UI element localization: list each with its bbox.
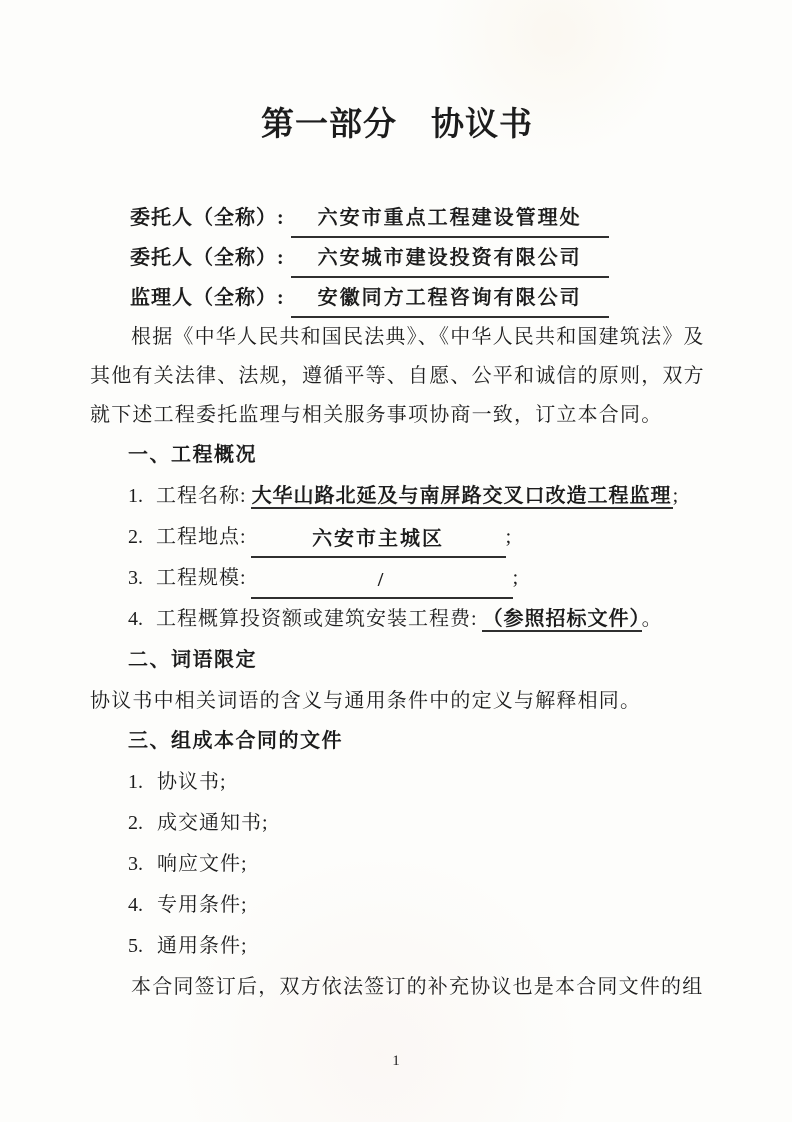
document-list-item: 5.通用条件; xyxy=(90,926,704,967)
section-heading-overview: 一、工程概况 xyxy=(90,435,704,476)
item-suffix: ; xyxy=(506,526,512,548)
document-list-item: 3.响应文件; xyxy=(90,844,704,885)
list-text: 协议书; xyxy=(157,771,227,793)
party-label: 监理人（全称）: xyxy=(130,287,285,309)
list-number: 2. xyxy=(128,803,143,844)
item-number: 4. xyxy=(128,599,143,640)
contract-documents-list: 1.协议书; 2.成交通知书; 3.响应文件; 4.专用条件; 5.通用条件; xyxy=(90,762,704,967)
continuation-line: 本合同签订后，双方依法签订的补充协议也是本合同文件的组 xyxy=(90,967,704,1008)
contract-item-investment: 4.工程概算投资额或建筑安装工程费:（参照招标文件）。 xyxy=(90,599,704,640)
section-heading-terms: 二、词语限定 xyxy=(90,640,704,681)
contract-item-project-location: 2.工程地点:六安市主城区; xyxy=(90,517,704,558)
party-label: 委托人（全称）: xyxy=(130,207,285,229)
list-text: 通用条件; xyxy=(157,935,248,957)
preamble-line: 其他有关法律、法规，遵循平等、自愿、公平和诚信的原则，双方 xyxy=(90,357,704,396)
page-number: 1 xyxy=(0,1053,792,1070)
contract-item-project-name: 1.工程名称:大华山路北延及与南屏路交叉口改造工程监理; xyxy=(90,476,704,517)
party-row-supervisor: 监理人（全称）:安徽同方工程咨询有限公司 xyxy=(130,278,704,318)
terms-body: 协议书中相关词语的含义与通用条件中的定义与解释相同。 xyxy=(90,681,704,721)
item-suffix: ; xyxy=(513,567,519,589)
document-content: 第一部分 协议书 委托人（全称）:六安市重点工程建设管理处 委托人（全称）:六安… xyxy=(90,0,704,1008)
item-value-underlined: 六安市主城区 xyxy=(251,522,506,558)
preamble-paragraph: 根据《中华人民共和国民法典》、《中华人民共和国建筑法》及 其他有关法律、法规，遵… xyxy=(90,318,704,435)
document-title: 第一部分 协议书 xyxy=(90,102,704,146)
item-suffix: 。 xyxy=(642,608,662,630)
item-value-underlined: （参照招标文件） xyxy=(482,608,642,632)
item-number: 3. xyxy=(128,558,143,599)
preamble-line: 根据《中华人民共和国民法典》、《中华人民共和国建筑法》及 xyxy=(90,318,704,357)
parties-block: 委托人（全称）:六安市重点工程建设管理处 委托人（全称）:六安城市建设投资有限公… xyxy=(90,198,704,318)
item-value-underlined: 大华山路北延及与南屏路交叉口改造工程监理 xyxy=(251,485,673,509)
document-list-item: 1.协议书; xyxy=(90,762,704,803)
party-row-client-1: 委托人（全称）:六安市重点工程建设管理处 xyxy=(130,198,704,238)
list-number: 4. xyxy=(128,885,143,926)
list-text: 响应文件; xyxy=(157,853,248,875)
preamble-line: 就下述工程委托监理与相关服务事项协商一致，订立本合同。 xyxy=(90,396,704,435)
item-value-underlined: / xyxy=(251,563,513,599)
document-list-item: 2.成交通知书; xyxy=(90,803,704,844)
list-text: 专用条件; xyxy=(157,894,248,916)
document-page: 第一部分 协议书 委托人（全称）:六安市重点工程建设管理处 委托人（全称）:六安… xyxy=(0,0,792,1122)
item-number: 2. xyxy=(128,517,143,558)
item-label: 工程地点: xyxy=(156,526,247,548)
party-value-underlined: 安徽同方工程咨询有限公司 xyxy=(291,280,609,318)
party-row-client-2: 委托人（全称）:六安城市建设投资有限公司 xyxy=(130,238,704,278)
list-number: 3. xyxy=(128,844,143,885)
list-number: 1. xyxy=(128,762,143,803)
item-label: 工程名称: xyxy=(156,485,247,507)
item-number: 1. xyxy=(128,476,143,517)
party-value-underlined: 六安城市建设投资有限公司 xyxy=(291,240,609,278)
party-value-underlined: 六安市重点工程建设管理处 xyxy=(291,200,609,238)
item-suffix: ; xyxy=(673,485,679,507)
list-number: 5. xyxy=(128,926,143,967)
item-label: 工程规模: xyxy=(156,567,247,589)
list-text: 成交通知书; xyxy=(157,812,269,834)
section-heading-documents: 三、组成本合同的文件 xyxy=(90,721,704,762)
contract-item-project-scale: 3.工程规模:/; xyxy=(90,558,704,599)
document-list-item: 4.专用条件; xyxy=(90,885,704,926)
item-label: 工程概算投资额或建筑安装工程费: xyxy=(156,608,478,630)
party-label: 委托人（全称）: xyxy=(130,247,285,269)
